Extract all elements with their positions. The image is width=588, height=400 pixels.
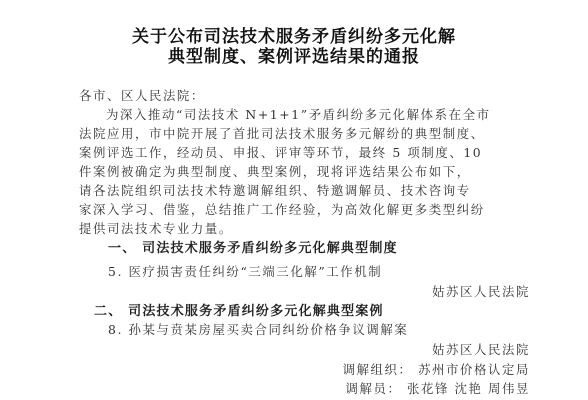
salutation: 各市、区人民法院： <box>79 86 205 104</box>
section2-court: 姑苏区人民法院 <box>432 340 530 358</box>
body-line: 法院应用，市中院开展了首批司法技术服务多元解纷的典型制度、 <box>79 124 485 142</box>
body-line: 件案例被确定为典型制度、典型案例，现将评选结果公布如下， <box>79 162 471 180</box>
section-heading-2: 二、 司法技术服务矛盾纠纷多元化解典型案例 <box>94 300 384 319</box>
body-line: 提供司法技术专业力量。 <box>79 219 233 237</box>
body-line: 为深入推动“司法技术 N+1+1”矛盾纠纷多元化解体系在全市 <box>106 105 491 123</box>
section1-item: 5. 医疗损害责任纠纷“三端三化解”工作机制 <box>108 262 382 280</box>
body-line: 家深入学习、借鉴，总结推广工作经验，为高效化解更多类型纠纷 <box>79 200 485 218</box>
mediators: 调解员： 张花锋 沈艳 周伟昱 <box>345 379 530 397</box>
body-line: 案例评选工作，经动员、申报、评审等环节，最终 5 项制度、10 <box>79 143 482 161</box>
document-title-line2: 典型制度、案例评选结果的通报 <box>0 42 588 67</box>
section2-item: 8. 孙某与贲某房屋买卖合同纠纷价格争议调解案 <box>108 320 408 338</box>
body-line: 请各法院组织司法技术特邀调解组织、特邀调解员、技术咨询专 <box>79 181 471 199</box>
section-heading-1: 一、 司法技术服务矛盾纠纷多元化解典型制度 <box>108 237 398 256</box>
mediation-org: 调解组织： 苏州市价格认定局 <box>343 360 530 378</box>
section1-court: 姑苏区人民法院 <box>432 282 530 300</box>
